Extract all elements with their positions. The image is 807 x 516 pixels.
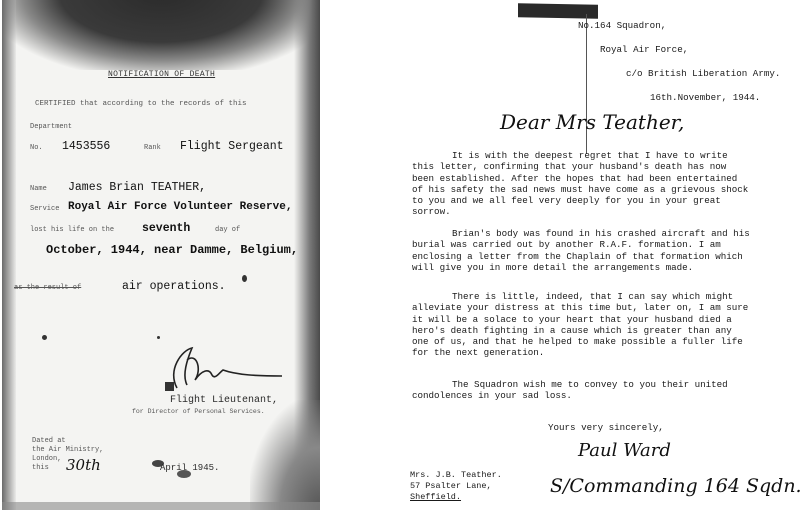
rank-value: Flight Sergeant	[180, 140, 284, 153]
number-label: No.	[30, 144, 43, 152]
address-line-bla: c/o British Liberation Army.	[626, 68, 780, 79]
photocopy-shadow-top	[2, 0, 320, 70]
name-label: Name	[30, 185, 47, 193]
day-of-label: day of	[215, 226, 240, 234]
closing: Yours very sincerely,	[548, 422, 664, 433]
address-line-raf: Royal Air Force,	[600, 44, 688, 55]
salutation: Dear Mrs Teather,	[500, 110, 684, 134]
signatory-rank: Flight Lieutenant,	[170, 395, 278, 406]
dated-line-1: Dated at	[32, 437, 66, 445]
photocopy-shadow-bottom	[2, 502, 320, 510]
dated-line-2: the Air Ministry,	[32, 446, 103, 454]
service-number: 1453556	[62, 140, 110, 153]
speck	[242, 275, 247, 282]
paragraph-3: There is little, indeed, that I can say …	[412, 291, 792, 359]
department-label: Department	[30, 123, 72, 131]
certified-line: CERTIFIED that according to the records …	[35, 100, 247, 108]
lost-life-label: lost his life on the	[30, 226, 114, 234]
date-place-value: October, 1944, near Damme, Belgium,	[46, 243, 298, 257]
rank-label: Rank	[144, 144, 161, 152]
photocopy-shadow-corner	[250, 400, 320, 510]
signature-flight-lieutenant	[157, 340, 287, 395]
dated-line-4: this	[32, 464, 49, 472]
paragraph-2: Brian's body was found in his crashed ai…	[412, 228, 792, 273]
recipient-name: Mrs. J.B. Teather.	[410, 470, 502, 480]
speck	[42, 335, 47, 340]
dated-month-year: April 1945.	[160, 463, 219, 473]
name-value: James Brian TEATHER,	[68, 181, 206, 194]
notice-title: NOTIFICATION OF DEATH	[108, 70, 215, 79]
service-label: Service	[30, 205, 59, 213]
paragraph-4: The Squadron wish me to convey to you th…	[412, 379, 792, 402]
signature-title: S/Commanding 164 Sqdn.	[550, 475, 802, 497]
recipient-street: 57 Psalter Lane,	[410, 481, 492, 491]
letter-date: 16th.November, 1944.	[650, 92, 760, 103]
result-label: as the result of	[14, 284, 81, 292]
signatory-for: for Director of Personal Services.	[132, 408, 265, 415]
speck	[157, 336, 160, 339]
signature: Paul Ward	[578, 440, 671, 461]
dated-day: 30th	[66, 456, 101, 474]
service-value: Royal Air Force Volunteer Reserve,	[68, 201, 292, 213]
recipient-city: Sheffield.	[410, 492, 461, 502]
condolence-letter: No.164 Squadron, Royal Air Force, c/o Br…	[400, 0, 807, 516]
address-line-squadron: No.164 Squadron,	[578, 20, 666, 31]
dated-line-3: London,	[32, 455, 61, 463]
death-notification-document: NOTIFICATION OF DEATH CERTIFIED that acc…	[2, 0, 320, 510]
day-value: seventh	[142, 222, 190, 235]
photocopy-shadow-left	[2, 0, 16, 510]
paragraph-1: It is with the deepest regret that I hav…	[412, 150, 792, 218]
result-value: air operations.	[122, 280, 226, 293]
